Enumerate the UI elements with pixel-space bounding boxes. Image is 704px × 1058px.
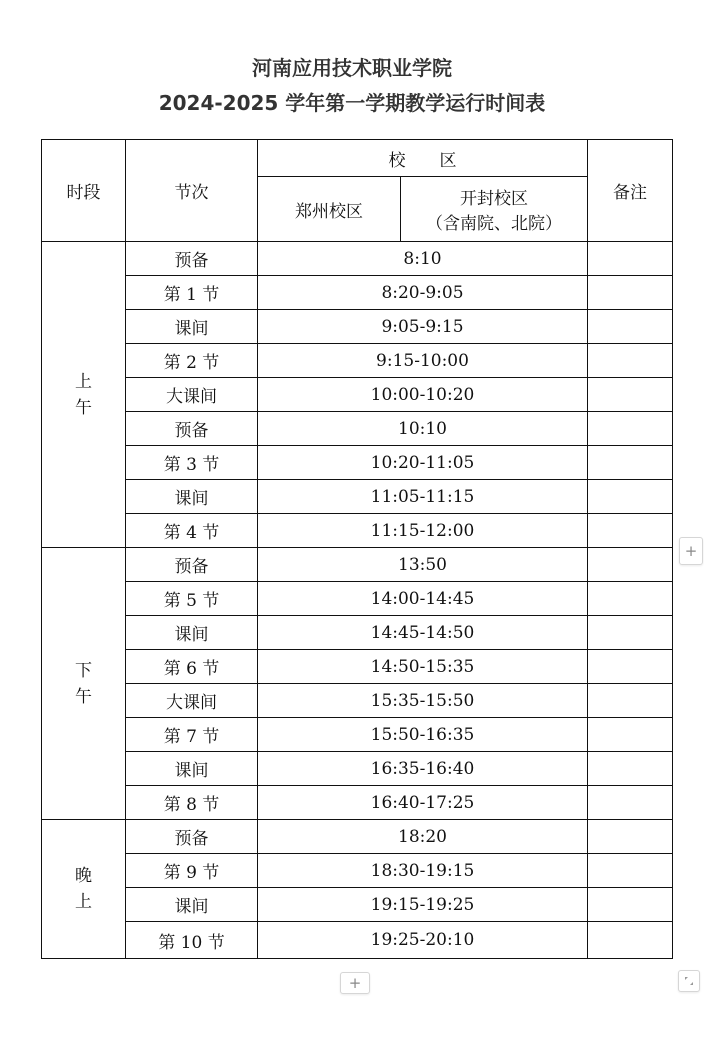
time-cell: 10:20-11:05 [258, 446, 588, 480]
document-title: 河南应用技术职业学院 [0, 52, 704, 81]
schedule-table: 时段 节次 校 区 备注 郑州校区 开封校区 （含南院、北院） 上午预备8:10… [41, 139, 673, 959]
period-char: 午 [42, 684, 125, 710]
session-cell: 第 4 节 [126, 514, 258, 548]
table-row: 预备10:10 [42, 412, 673, 446]
remark-cell[interactable] [588, 548, 673, 582]
time-cell: 15:50-16:35 [258, 718, 588, 752]
time-cell: 13:50 [258, 548, 588, 582]
remark-cell[interactable] [588, 480, 673, 514]
document-subtitle: 2024-2025 学年第一学期教学运行时间表 [0, 87, 704, 116]
session-cell: 大课间 [126, 684, 258, 718]
header-session: 节次 [126, 140, 258, 242]
time-cell: 16:35-16:40 [258, 752, 588, 786]
table-row: 第 3 节10:20-11:05 [42, 446, 673, 480]
time-cell: 16:40-17:25 [258, 786, 588, 820]
remark-cell[interactable] [588, 684, 673, 718]
header-period: 时段 [42, 140, 126, 242]
time-cell: 19:15-19:25 [258, 888, 588, 922]
table-row: 下午预备13:50 [42, 548, 673, 582]
session-cell: 第 9 节 [126, 854, 258, 888]
remark-cell[interactable] [588, 854, 673, 888]
remark-cell[interactable] [588, 786, 673, 820]
time-cell: 18:20 [258, 820, 588, 854]
table-row: 第 9 节18:30-19:15 [42, 854, 673, 888]
remark-cell[interactable] [588, 446, 673, 480]
table-row: 课间16:35-16:40 [42, 752, 673, 786]
session-cell: 大课间 [126, 378, 258, 412]
remark-cell[interactable] [588, 752, 673, 786]
session-cell: 预备 [126, 412, 258, 446]
table-row: 课间9:05-9:15 [42, 310, 673, 344]
period-char: 上 [42, 889, 125, 915]
table-row: 第 4 节11:15-12:00 [42, 514, 673, 548]
table-row: 课间11:05-11:15 [42, 480, 673, 514]
table-row: 第 6 节14:50-15:35 [42, 650, 673, 684]
time-cell: 8:10 [258, 242, 588, 276]
remark-cell[interactable] [588, 378, 673, 412]
time-cell: 9:15-10:00 [258, 344, 588, 378]
period-cell: 上午 [42, 242, 126, 548]
time-cell: 8:20-9:05 [258, 276, 588, 310]
remark-cell[interactable] [588, 718, 673, 752]
time-cell: 14:45-14:50 [258, 616, 588, 650]
remark-cell[interactable] [588, 616, 673, 650]
header-kaifeng-campus: 开封校区 （含南院、北院） [401, 177, 588, 242]
remark-cell[interactable] [588, 242, 673, 276]
remark-cell[interactable] [588, 344, 673, 378]
time-cell: 10:00-10:20 [258, 378, 588, 412]
time-cell: 11:05-11:15 [258, 480, 588, 514]
session-cell: 第 6 节 [126, 650, 258, 684]
header-campus: 校 区 [258, 140, 588, 177]
time-cell: 14:00-14:45 [258, 582, 588, 616]
session-cell: 第 8 节 [126, 786, 258, 820]
period-cell: 下午 [42, 548, 126, 820]
session-cell: 课间 [126, 752, 258, 786]
session-cell: 第 7 节 [126, 718, 258, 752]
plus-icon: + [685, 542, 698, 560]
period-char: 上 [42, 369, 125, 395]
plus-icon: + [349, 974, 362, 992]
add-column-button[interactable]: + [340, 972, 370, 994]
remark-cell[interactable] [588, 922, 673, 959]
session-cell: 第 3 节 [126, 446, 258, 480]
table-row: 大课间10:00-10:20 [42, 378, 673, 412]
remark-cell[interactable] [588, 650, 673, 684]
table-row: 晚上预备18:20 [42, 820, 673, 854]
session-cell: 课间 [126, 616, 258, 650]
kaifeng-campus-name: 开封校区 [401, 184, 587, 209]
remark-cell[interactable] [588, 310, 673, 344]
session-cell: 预备 [126, 820, 258, 854]
session-cell: 课间 [126, 310, 258, 344]
expand-icon [683, 975, 695, 987]
remark-cell[interactable] [588, 888, 673, 922]
table-row: 第 7 节15:50-16:35 [42, 718, 673, 752]
table-row: 课间19:15-19:25 [42, 888, 673, 922]
remark-cell[interactable] [588, 582, 673, 616]
add-row-button[interactable]: + [679, 537, 703, 565]
remark-cell[interactable] [588, 514, 673, 548]
header-zhengzhou-campus: 郑州校区 [258, 177, 401, 242]
kaifeng-campus-note: （含南院、北院） [401, 209, 587, 234]
table-resize-handle[interactable] [678, 970, 700, 992]
session-cell: 预备 [126, 548, 258, 582]
table-row: 第 10 节19:25-20:10 [42, 922, 673, 959]
table-row: 第 2 节9:15-10:00 [42, 344, 673, 378]
table-row: 第 5 节14:00-14:45 [42, 582, 673, 616]
session-cell: 课间 [126, 888, 258, 922]
period-char: 晚 [42, 863, 125, 889]
table-row: 课间14:45-14:50 [42, 616, 673, 650]
time-cell: 15:35-15:50 [258, 684, 588, 718]
period-cell: 晚上 [42, 820, 126, 959]
table-row: 第 1 节8:20-9:05 [42, 276, 673, 310]
time-cell: 14:50-15:35 [258, 650, 588, 684]
time-cell: 10:10 [258, 412, 588, 446]
session-cell: 第 5 节 [126, 582, 258, 616]
session-cell: 预备 [126, 242, 258, 276]
header-remark: 备注 [588, 140, 673, 242]
remark-cell[interactable] [588, 412, 673, 446]
remark-cell[interactable] [588, 276, 673, 310]
session-cell: 课间 [126, 480, 258, 514]
session-cell: 第 10 节 [126, 922, 258, 959]
time-cell: 9:05-9:15 [258, 310, 588, 344]
time-cell: 18:30-19:15 [258, 854, 588, 888]
table-row: 大课间15:35-15:50 [42, 684, 673, 718]
remark-cell[interactable] [588, 820, 673, 854]
table-row: 上午预备8:10 [42, 242, 673, 276]
time-cell: 19:25-20:10 [258, 922, 588, 959]
session-cell: 第 2 节 [126, 344, 258, 378]
period-char: 午 [42, 395, 125, 421]
session-cell: 第 1 节 [126, 276, 258, 310]
time-cell: 11:15-12:00 [258, 514, 588, 548]
period-char: 下 [42, 658, 125, 684]
table-row: 第 8 节16:40-17:25 [42, 786, 673, 820]
